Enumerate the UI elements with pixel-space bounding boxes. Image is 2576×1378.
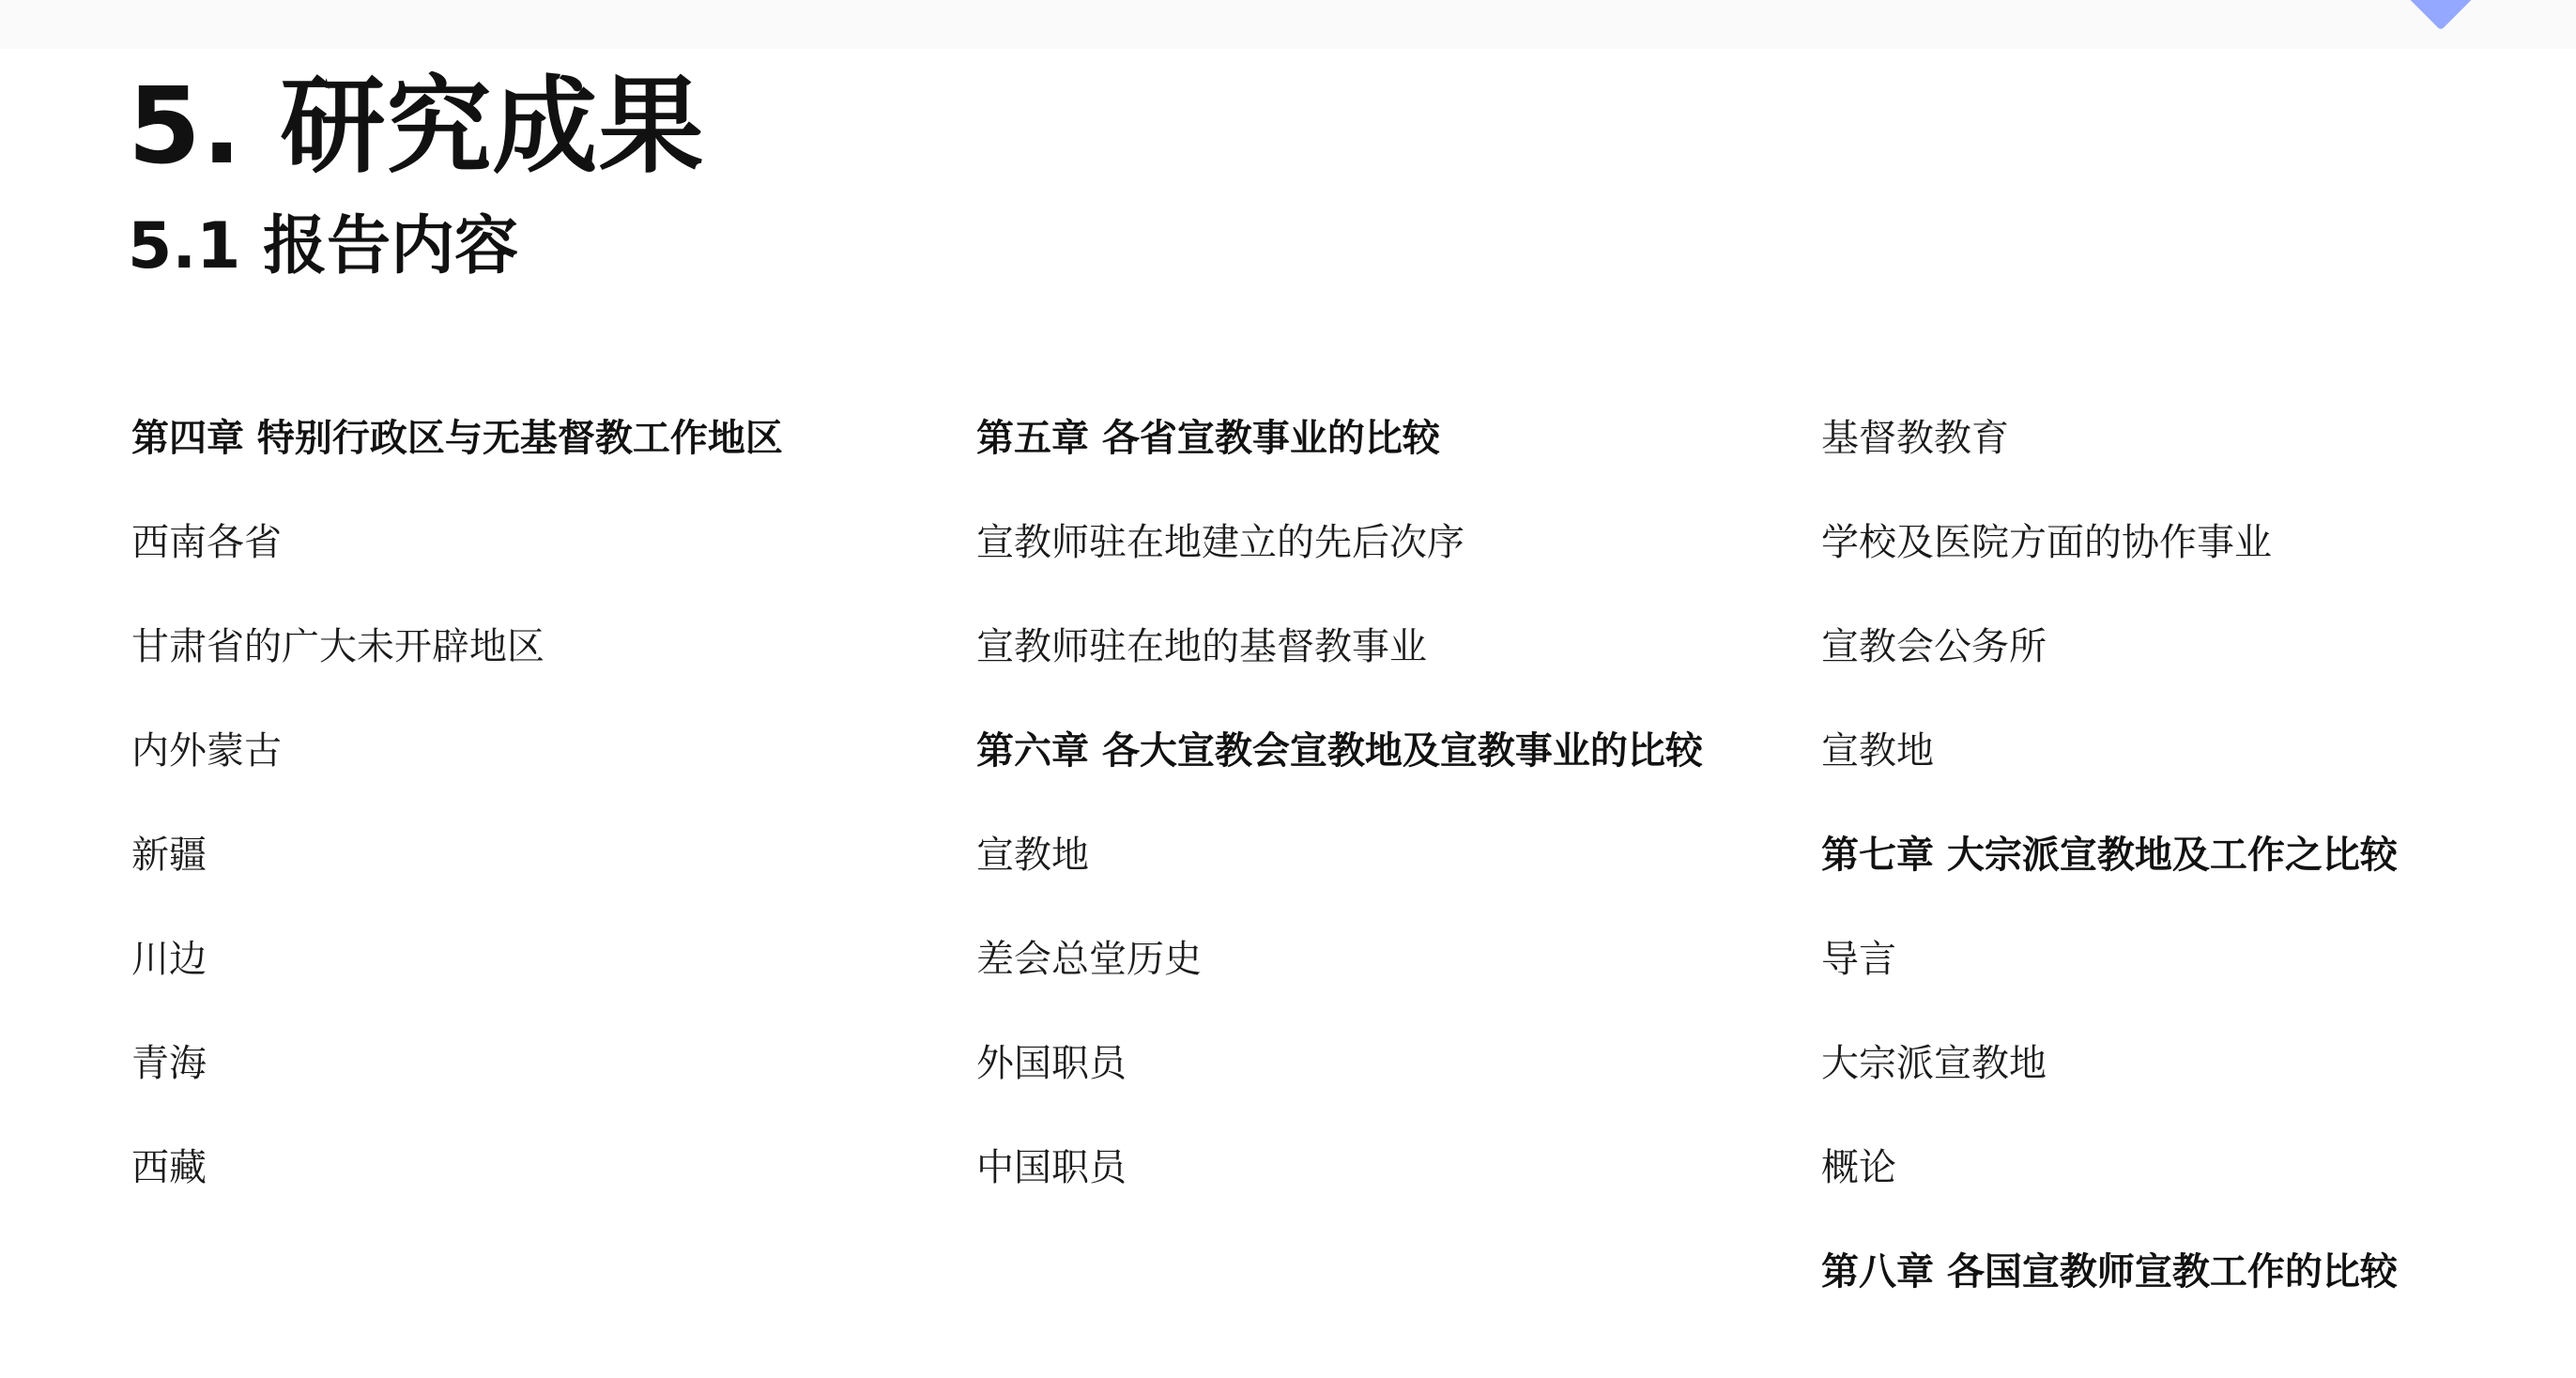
top-band (0, 0, 2576, 49)
section-item: 宣教地 (976, 830, 1709, 880)
section-item: 宣教地 (1821, 726, 2553, 776)
section-item: 新疆 (131, 830, 864, 880)
section-item: 大宗派宣教地 (1821, 1038, 2553, 1089)
section-item: 差会总堂历史 (976, 934, 1709, 985)
section-item: 甘肃省的广大未开辟地区 (131, 621, 864, 672)
section-item: 宣教会公务所 (1821, 621, 2553, 672)
section-item: 学校及医院方面的协作事业 (1821, 517, 2553, 568)
section-item: 基督教教育 (1821, 413, 2553, 464)
chapter-heading: 第八章 各国宣教师宣教工作的比较 (1821, 1247, 2553, 1297)
chapter-heading: 第四章 特别行政区与无基督教工作地区 (131, 413, 864, 464)
section-item: 导言 (1821, 934, 2553, 985)
section-item: 外国职员 (976, 1038, 1709, 1089)
section-item: 青海 (131, 1038, 864, 1089)
section-item: 概论 (1821, 1142, 2553, 1193)
contents-column-3: 基督教教育 学校及医院方面的协作事业 宣教会公务所 宣教地 第七章 大宗派宣教地… (1821, 413, 2553, 1351)
chapter-heading: 第七章 大宗派宣教地及工作之比较 (1821, 830, 2553, 880)
page-title: 5. 研究成果 (128, 64, 704, 190)
contents-column-1: 第四章 特别行政区与无基督教工作地区 西南各省 甘肃省的广大未开辟地区 内外蒙古… (131, 413, 864, 1247)
section-item: 宣教师驻在地的基督教事业 (976, 621, 1709, 672)
section-item: 中国职员 (976, 1142, 1709, 1193)
section-item: 西藏 (131, 1142, 864, 1193)
section-subtitle: 5.1 报告内容 (128, 208, 518, 285)
section-item: 川边 (131, 934, 864, 985)
section-item: 宣教师驻在地建立的先后次序 (976, 517, 1709, 568)
contents-column-2: 第五章 各省宣教事业的比较 宣教师驻在地建立的先后次序 宣教师驻在地的基督教事业… (976, 413, 1709, 1247)
chapter-heading: 第五章 各省宣教事业的比较 (976, 413, 1709, 464)
section-item: 内外蒙古 (131, 726, 864, 776)
chapter-heading: 第六章 各大宣教会宣教地及宣教事业的比较 (976, 726, 1709, 776)
section-item: 西南各省 (131, 517, 864, 568)
